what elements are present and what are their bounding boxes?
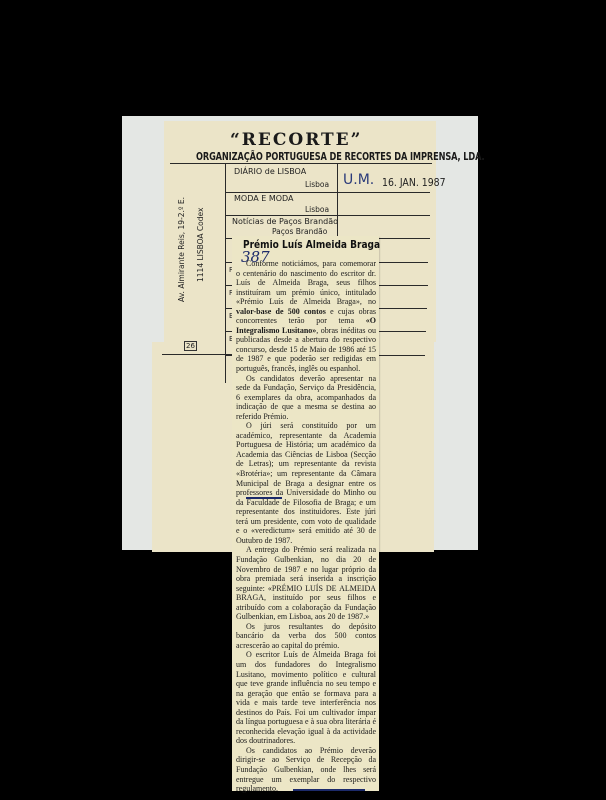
address-line-1: Av. Almirante Reis, 19-2.º E. bbox=[177, 197, 186, 302]
brand-title: “RECORTE” bbox=[230, 130, 362, 150]
article-body: Conforme noticiámos, para comemorar o ce… bbox=[236, 259, 376, 794]
table-left-border bbox=[225, 163, 226, 383]
publication-name: DIÁRIO de LISBOA bbox=[234, 167, 306, 176]
publication-name: MODA E MODA bbox=[234, 194, 294, 203]
article-paragraph: O júri será constituído por um académico… bbox=[236, 421, 376, 545]
publication-name: Notícias de Paços Brandão bbox=[232, 217, 338, 226]
row-rule bbox=[225, 192, 430, 193]
publication-city: Lisboa bbox=[305, 180, 329, 189]
article-paragraph: Os juros resultantes do depósito bancári… bbox=[236, 622, 376, 651]
header-rule bbox=[170, 163, 432, 164]
row-rule bbox=[375, 355, 425, 356]
ink-underline-bottom bbox=[293, 789, 365, 791]
article-paragraph: Os candidatos deverão apresentar na sede… bbox=[236, 374, 376, 422]
organization-name: ORGANIZAÇÃO PORTUGUESA DE RECORTES DA IM… bbox=[196, 150, 484, 163]
page-number: 26 bbox=[184, 341, 197, 351]
bottom-rule bbox=[162, 354, 232, 355]
article-paragraph: Conforme noticiámos, para comemorar o ce… bbox=[236, 259, 376, 374]
address-line-2: 1114 LISBOA Codex bbox=[196, 208, 205, 282]
ink-underline-minho bbox=[246, 497, 282, 499]
row-rule bbox=[375, 331, 426, 332]
row-rule bbox=[375, 308, 427, 309]
article-paragraph: Os candidatos ao Prémio deverão dirigir-… bbox=[236, 746, 376, 794]
table-mid-border bbox=[337, 163, 338, 238]
publication-city: Lisboa bbox=[305, 205, 329, 214]
row-rule bbox=[375, 285, 428, 286]
stamp-date: 16. JAN. 1987 bbox=[382, 176, 446, 189]
row-rule bbox=[225, 215, 430, 216]
row-rule bbox=[375, 262, 428, 263]
article-paragraph: A entrega do Prémio será realizada na Fu… bbox=[236, 545, 376, 621]
article-paragraph: O escritor Luís de Almeida Braga foi um … bbox=[236, 650, 376, 745]
stamp-initials: U.M. bbox=[343, 172, 374, 188]
publication-city: Paços Brandão bbox=[272, 227, 327, 236]
